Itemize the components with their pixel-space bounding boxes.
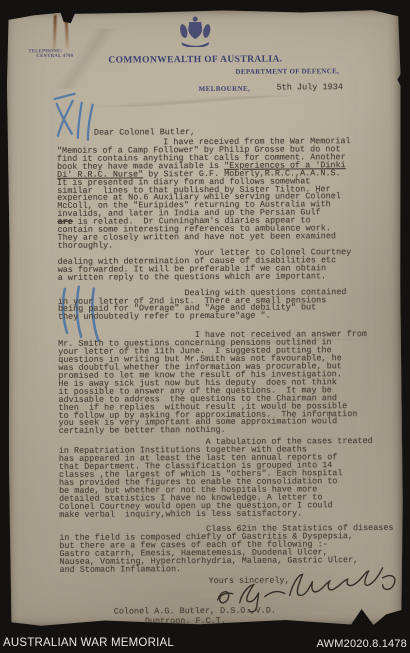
letter-salutation: Dear Colonel Butler, bbox=[94, 127, 195, 138]
letter-paragraph: I have received from the War Memorial "M… bbox=[57, 138, 402, 251]
scanned-letter-page: TELEPHONE: CENTRAL 4780 COMMONWEALTH OF … bbox=[0, 0, 410, 653]
letter-date: 5th July 1934 bbox=[277, 82, 343, 92]
rust-stain bbox=[65, 17, 69, 49]
letter-paragraph: Your letter to Colonel Courtney dealing … bbox=[58, 249, 402, 283]
letter-body: I have received from the War Memorial "M… bbox=[57, 138, 404, 575]
archive-reference-number: AWM2020.8.1478 bbox=[317, 638, 407, 650]
letterhead-organisation: COMMONWEALTH OF AUSTRALIA. bbox=[6, 54, 384, 66]
recipient-address: Duntroon. F.C.T. bbox=[114, 616, 276, 626]
letterhead-department: DEPARTMENT OF DEFENCE, bbox=[235, 67, 339, 76]
archive-institution-label: AUSTRALIAN WAR MEMORIAL bbox=[3, 637, 174, 649]
rust-stain bbox=[53, 15, 57, 51]
letter-paragraph: Dealing with questions contained in your… bbox=[58, 288, 402, 322]
letter-paragraph: I have not received an answer from Mr. S… bbox=[58, 331, 403, 436]
letter-recipient-block: Colonel A.G. Butler, D.S.O.,V.D. Duntroo… bbox=[114, 607, 276, 627]
letterhead-city: MELBOURNE, bbox=[199, 85, 251, 93]
coat-of-arms-icon bbox=[178, 15, 212, 52]
letter-paper-sheet: TELEPHONE: CENTRAL 4780 COMMONWEALTH OF … bbox=[6, 9, 404, 627]
letter-paragraph: A tabulation of the cases treated in Rep… bbox=[59, 438, 403, 519]
